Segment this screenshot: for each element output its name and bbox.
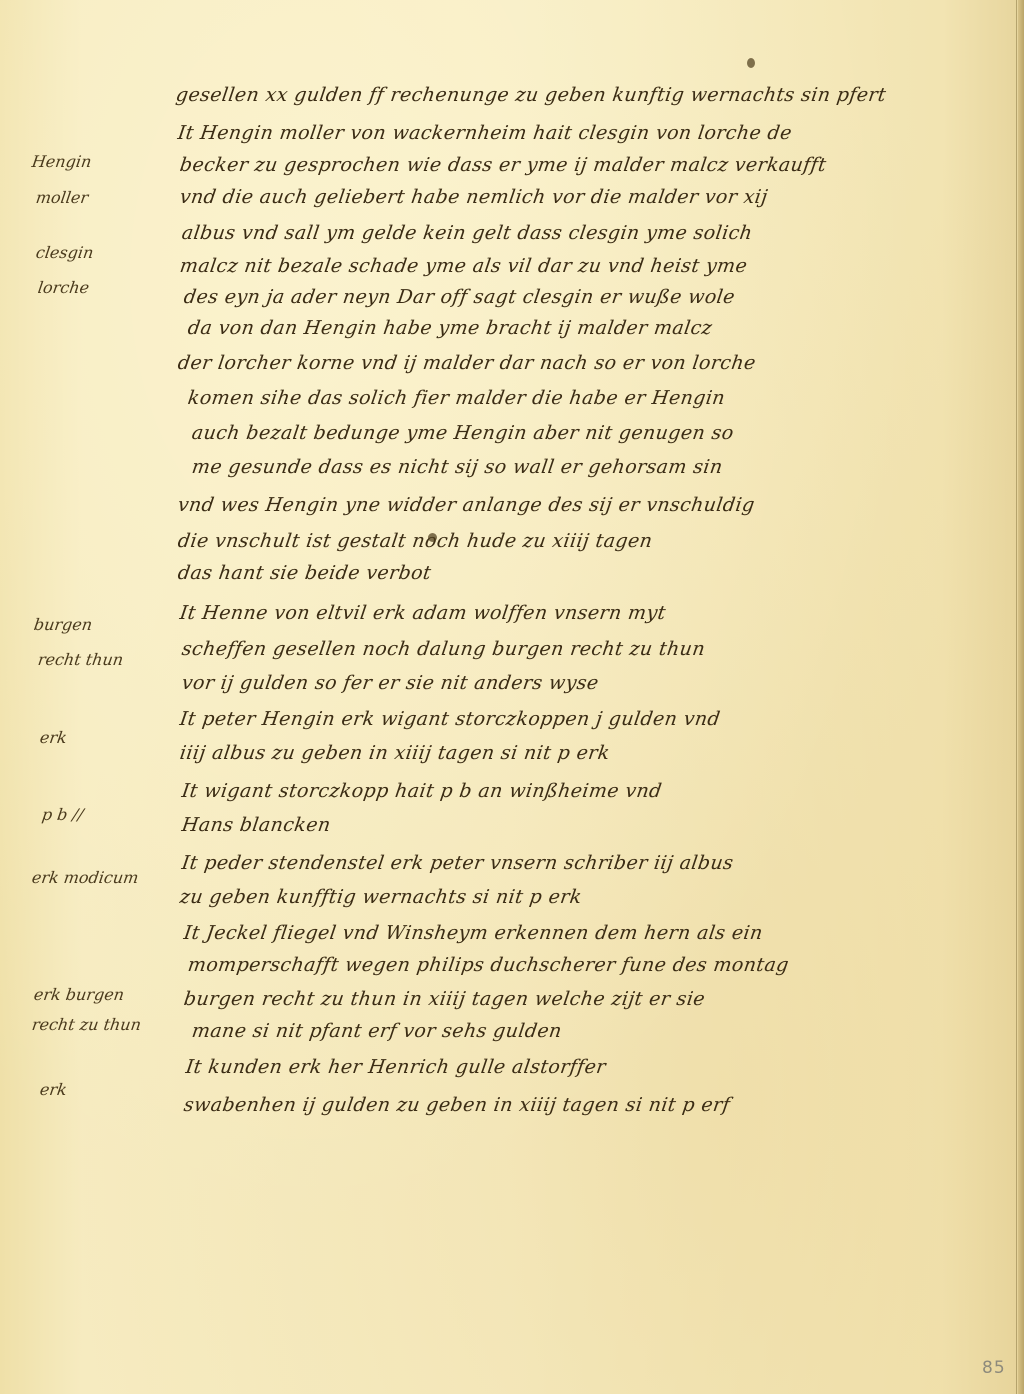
text-line: burgen recht zu thun in xiiij tagen welc… xyxy=(182,988,706,1010)
text-line: me gesunde dass es nicht sij so wall er … xyxy=(190,456,724,478)
text-line: vor ij gulden so fer er sie nit anders w… xyxy=(180,672,600,694)
text-line: des eyn ja ader neyn Dar off sagt clesgi… xyxy=(182,286,736,308)
margin-note: recht zu thun xyxy=(31,1015,143,1034)
text-line: swabenhen ij gulden zu geben in xiiij ta… xyxy=(182,1094,731,1116)
page-edge xyxy=(1018,0,1024,1394)
text-line: It Henne von eltvil erk adam wolffen vns… xyxy=(178,602,667,624)
text-line: vnd wes Hengin yne widder anlange des si… xyxy=(176,494,756,516)
text-line: It Hengin moller von wackernheim hait cl… xyxy=(176,122,793,144)
manuscript-page: Hengin moller clesgin lorche burgen rech… xyxy=(0,0,1024,1394)
text-line: vnd die auch geliebert habe nemlich vor … xyxy=(178,186,769,208)
margin-note: recht thun xyxy=(37,650,125,669)
text-line: scheffen gesellen noch dalung burgen rec… xyxy=(180,638,706,660)
text-line: da von dan Hengin habe yme bracht ij mal… xyxy=(186,317,713,339)
ink-blot xyxy=(428,533,437,542)
text-line: becker zu gesprochen wie dass er yme ij … xyxy=(178,154,827,176)
margin-note: erk modicum xyxy=(31,868,140,887)
text-line: auch bezalt bedunge yme Hengin aber nit … xyxy=(190,422,735,444)
text-line: It peter Hengin erk wigant storczkoppen … xyxy=(178,708,721,730)
text-line: It wigant storczkopp hait p b an winßhei… xyxy=(180,780,663,802)
ink-blot xyxy=(747,58,755,68)
text-line: albus vnd sall ym gelde kein gelt dass c… xyxy=(180,222,753,244)
margin-note: burgen xyxy=(33,615,94,634)
text-line: It kunden erk her Henrich gulle alstorff… xyxy=(184,1056,607,1078)
margin-note: clesgin xyxy=(35,243,95,262)
text-line: gesellen xx gulden ff rechenunge zu gebe… xyxy=(174,84,887,106)
text-line: It Jeckel fliegel vnd Winsheym erkennen … xyxy=(182,922,764,944)
text-line: momperschafft wegen philips duchscherer … xyxy=(186,954,790,976)
margin-note: p b // xyxy=(41,805,85,824)
folio-number: 85 xyxy=(982,1358,1006,1378)
text-line: zu geben kunfftig wernachts si nit p erk xyxy=(178,886,583,908)
page-fold-line xyxy=(1016,0,1017,1394)
text-line: der lorcher korne vnd ij malder dar nach… xyxy=(176,352,757,374)
text-line: die vnschult ist gestalt noch hude zu xi… xyxy=(176,530,653,552)
text-line: malcz nit bezale schade yme als vil dar … xyxy=(178,255,748,277)
margin-note: moller xyxy=(35,188,90,207)
text-line: It peder stendenstel erk peter vnsern sc… xyxy=(180,852,734,874)
text-line: komen sihe das solich fier malder die ha… xyxy=(186,387,726,409)
margin-note: erk xyxy=(39,1080,68,1099)
text-line: das hant sie beide verbot xyxy=(176,562,432,584)
margin-note: Hengin xyxy=(31,152,93,171)
text-line: mane si nit pfant erf vor sehs gulden xyxy=(190,1020,563,1042)
margin-note: erk burgen xyxy=(33,985,126,1004)
margin-note: lorche xyxy=(37,278,91,297)
margin-note: erk xyxy=(39,728,68,747)
text-line: iiij albus zu geben in xiiij tagen si ni… xyxy=(178,742,611,764)
text-line: Hans blancken xyxy=(180,814,332,836)
